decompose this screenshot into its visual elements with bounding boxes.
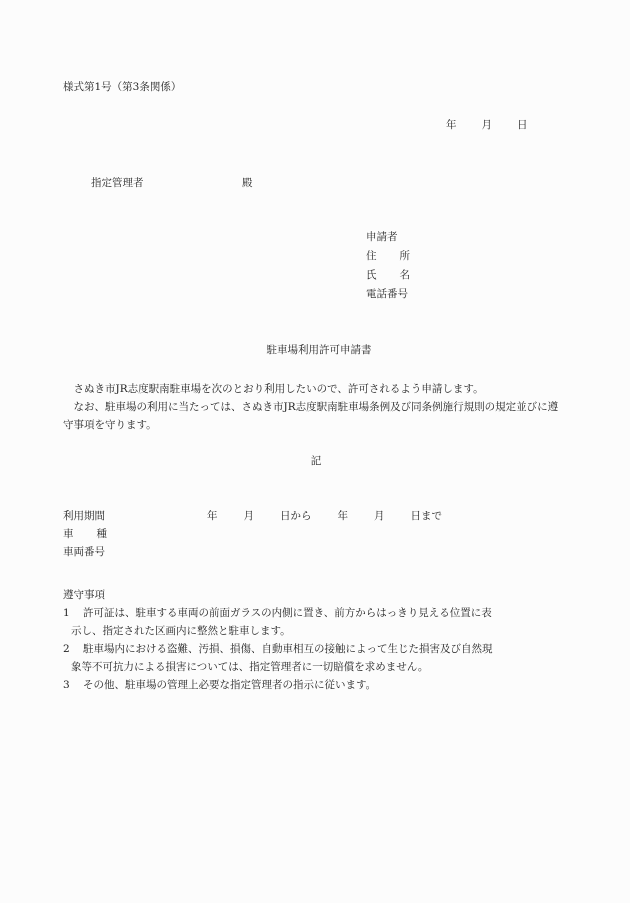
application-body: さぬき市JR志度駅南駐車場を次のとおり利用したいので、許可されるよう申請します。… — [63, 380, 563, 434]
rule-number: 3 — [63, 676, 83, 694]
rule-item-2-continued: 象等不可抗力による損害については、指定管理者に一切賠償を求めません。 — [63, 658, 563, 676]
application-date: 年月日 — [446, 120, 528, 131]
rule-item-3: 3その他、駐車場の管理上必要な指定管理者の指示に従います。 — [63, 676, 563, 694]
usage-period-row: 利用期間 年月日から年月日まで — [63, 511, 107, 529]
rule-item-1: 1許可証は、駐車する車両の前面ガラスの内側に置き、前方からはっきり見える位置に表 — [63, 604, 563, 622]
vehicle-type-label: 車 種 — [63, 529, 107, 540]
form-number: 様式第1号（第3条関係） — [63, 82, 181, 93]
date-year-label: 年 — [446, 120, 457, 131]
vehicle-number-label: 車両番号 — [63, 547, 107, 558]
body-line-1: さぬき市JR志度駅南駐車場を次のとおり利用したいので、許可されるよう申請します。 — [63, 380, 563, 398]
applicant-address-label: 住 所 — [366, 251, 410, 262]
date-month-label: 月 — [482, 120, 493, 131]
ki-text: 記 — [311, 455, 322, 467]
rule-item-2: 2駐車場内における盗難、汚損、損傷、自動車相互の接触によって生じた損害及び自然現 — [63, 640, 563, 658]
vehicle-type-row: 車 種 — [63, 529, 107, 547]
rule-number: 1 — [63, 604, 83, 622]
date-day-label: 日 — [517, 120, 528, 131]
addressee-honorific: 殿 — [242, 178, 253, 189]
vehicle-number-row: 車両番号 — [63, 547, 107, 565]
rule-text: 駐車場内における盗難、汚損、損傷、自動車相互の接触によって生じた損害及び自然現 — [83, 643, 493, 655]
period-from-year: 年 — [207, 511, 218, 522]
period-to-month: 月 — [374, 511, 385, 522]
document-title: 駐車場利用許可申請書 — [0, 345, 630, 356]
applicant-label: 申請者 — [366, 232, 410, 251]
period-from-month: 月 — [244, 511, 255, 522]
rule-text: その他、駐車場の管理上必要な指定管理者の指示に従います。 — [83, 679, 376, 691]
document-title-text: 駐車場利用許可申請書 — [267, 344, 372, 356]
rules-heading: 遵守事項 — [63, 586, 563, 604]
usage-period-label: 利用期間 — [63, 511, 107, 522]
rule-number: 2 — [63, 640, 83, 658]
period-to-year: 年 — [338, 511, 349, 522]
details-block: 利用期間 年月日から年月日まで 車 種 車両番号 — [63, 511, 107, 565]
compliance-rules: 遵守事項 1許可証は、駐車する車両の前面ガラスの内側に置き、前方からはっきり見え… — [63, 586, 563, 694]
rule-text: 許可証は、駐車する車両の前面ガラスの内側に置き、前方からはっきり見える位置に表 — [83, 607, 492, 619]
period-to-day: 日まで — [411, 511, 443, 522]
body-line-2: なお、駐車場の利用に当たっては、さぬき市JR志度駅南駐車場条例及び同条例施行規則… — [63, 398, 563, 434]
addressee-name: 指定管理者 — [91, 177, 144, 189]
ki-heading: 記 — [0, 456, 630, 467]
applicant-name-label: 氏 名 — [366, 270, 410, 281]
usage-period-values: 年月日から年月日まで — [207, 511, 442, 522]
applicant-phone-label: 電話番号 — [366, 289, 410, 308]
addressee: 指定管理者 殿 — [91, 178, 144, 189]
applicant-block: 申請者 住 所 氏 名 電話番号 — [366, 232, 410, 308]
rule-item-1-continued: 示し、指定された区画内に整然と駐車します。 — [63, 622, 563, 640]
period-from-day: 日から — [280, 511, 312, 522]
